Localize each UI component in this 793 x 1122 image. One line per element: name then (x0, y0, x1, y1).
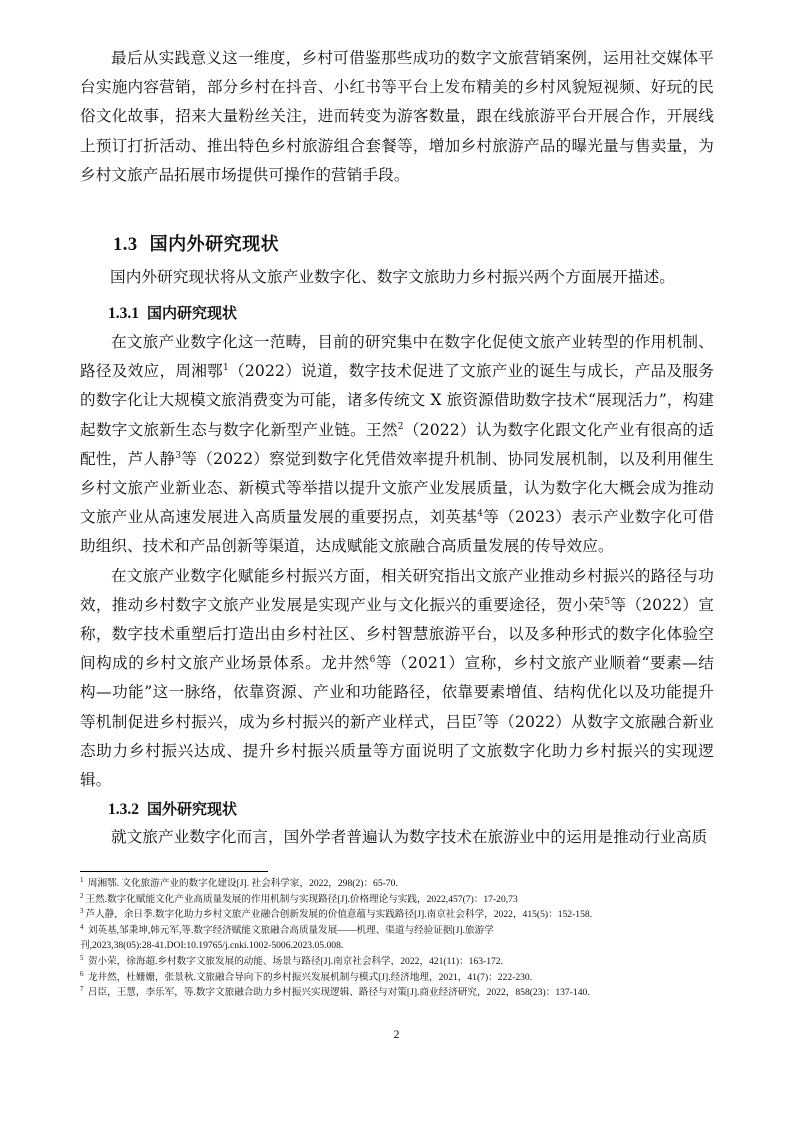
footnote-number: 3 (80, 907, 84, 915)
subsection-title: 国内研究现状 (147, 304, 237, 322)
footnote-1: 1 周湘鄂. 文化旅游产业的数字化建设[J]. 社会科学家，2022，298(2… (80, 876, 720, 892)
footnote-5: 5 贺小荣，徐海超.乡村数字文旅发展的动能、场景与路径[J].南京社会科学，20… (80, 954, 720, 970)
section-intro-paragraph: 国内外研究现状将从文旅产业数字化、数字文旅助力乡村振兴两个方面展开描述。 (80, 263, 714, 292)
footnotes: 1 周湘鄂. 文化旅游产业的数字化建设[J]. 社会科学家，2022，298(2… (80, 876, 720, 1001)
footnote-6: 6 龙井然，杜姗姗，张景秋.文旅融合导向下的乡村振兴发展机制与模式[J].经济地… (80, 970, 720, 986)
section-intro-block: 国内外研究现状将从文旅产业数字化、数字文旅助力乡村振兴两个方面展开描述。 (80, 263, 714, 292)
footnote-number: 1 (80, 876, 84, 884)
footnote-2: 2王然.数字化赋能文化产业高质量发展的作用机制与实现路径[J].价格理论与实践，… (80, 892, 720, 908)
footnote-number: 2 (80, 892, 84, 900)
domestic-research-block: 在文旅产业数字化这一范畴，目前的研究集中在数字化促使文旅产业转型的作用机制、路径… (80, 328, 714, 795)
section-title: 国内外研究现状 (150, 234, 280, 255)
domestic-paragraph-2: 在文旅产业数字化赋能乡村振兴方面，相关研究指出文旅产业推动乡村振兴的路径与功效，… (80, 562, 714, 796)
footnote-text: 刘英基,邹秉坤,韩元军,等.数字经济赋能文旅融合高质量发展——机理、渠道与经验证… (86, 925, 494, 936)
section-heading-1-3-1: 1.3.1国内研究现状 (108, 302, 237, 323)
document-page: 最后从实践意义这一维度，乡村可借鉴那些成功的数字文旅营销案例，运用社交媒体平台实… (0, 0, 793, 1122)
footnote-number: 5 (80, 954, 84, 962)
footnote-number: 6 (80, 970, 84, 978)
footnote-text: 贺小荣，徐海超.乡村数字文旅发展的动能、场景与路径[J].南京社会科学，2022… (86, 956, 504, 967)
footnote-separator (80, 871, 268, 872)
footnote-number: 7 (80, 985, 84, 993)
footnote-text: 刊,2023,38(05):28-41.DOI:10.19765/j.cnki.… (80, 940, 343, 951)
subsection-number: 1.3.1 (108, 305, 139, 322)
footnote-text: 龙井然，杜姗姗，张景秋.文旅融合导向下的乡村振兴发展机制与模式[J].经济地理，… (86, 972, 533, 983)
footnote-text: 王然.数字化赋能文化产业高质量发展的作用机制与实现路径[J].价格理论与实践，2… (86, 894, 518, 905)
footnote-4-continuation: 刊,2023,38(05):28-41.DOI:10.19765/j.cnki.… (80, 938, 720, 954)
footnote-text: 芦人静，余日季.数字化助力乡村文旅产业融合创新发展的价值意蕴与实践路径[J].南… (86, 909, 593, 920)
footnote-3: 3芦人静，余日季.数字化助力乡村文旅产业融合创新发展的价值意蕴与实践路径[J].… (80, 907, 720, 923)
section-heading-1-3-2: 1.3.2国外研究现状 (108, 798, 237, 819)
footnote-7: 7 吕臣，王慧，李乐军，等.数字文旅融合助力乡村振兴实现逻辑、路径与对策[J].… (80, 985, 720, 1001)
section-number: 1.3 (113, 235, 138, 255)
subsection-title: 国外研究现状 (147, 800, 237, 818)
footnote-text: 周湘鄂. 文化旅游产业的数字化建设[J]. 社会科学家，2022，298(2)：… (86, 878, 398, 889)
domestic-paragraph-1: 在文旅产业数字化这一范畴，目前的研究集中在数字化促使文旅产业转型的作用机制、路径… (80, 328, 714, 562)
intro-paragraph-block: 最后从实践意义这一维度，乡村可借鉴那些成功的数字文旅营销案例，运用社交媒体平台实… (80, 44, 714, 190)
foreign-research-block: 就文旅产业数字化而言，国外学者普遍认为数字技术在旅游业中的运用是推动行业高质 (80, 823, 714, 852)
intro-paragraph: 最后从实践意义这一维度，乡村可借鉴那些成功的数字文旅营销案例，运用社交媒体平台实… (80, 44, 714, 190)
footnote-text: 吕臣，王慧，李乐军，等.数字文旅融合助力乡村振兴实现逻辑、路径与对策[J].商业… (86, 987, 590, 998)
footnote-4: 4 刘英基,邹秉坤,韩元军,等.数字经济赋能文旅融合高质量发展——机理、渠道与经… (80, 923, 720, 939)
section-heading-1-3: 1.3国内外研究现状 (113, 230, 279, 256)
page-number: 2 (0, 1027, 793, 1042)
foreign-paragraph-1: 就文旅产业数字化而言，国外学者普遍认为数字技术在旅游业中的运用是推动行业高质 (80, 823, 714, 852)
subsection-number: 1.3.2 (108, 801, 139, 818)
footnote-number: 4 (80, 923, 84, 931)
